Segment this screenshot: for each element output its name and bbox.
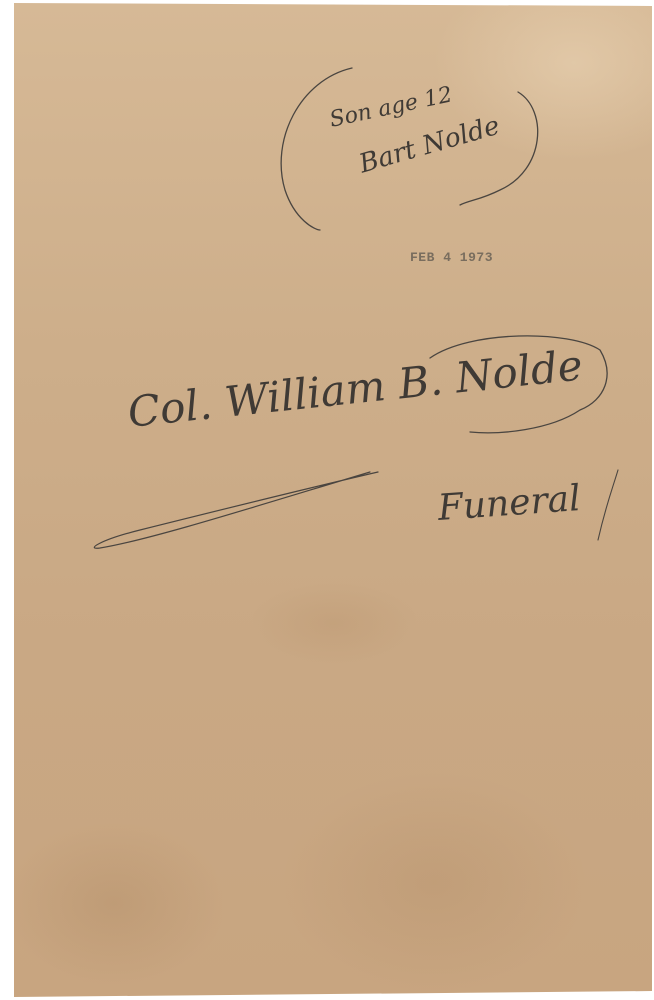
underline-swoosh xyxy=(94,472,378,548)
funeral-tail xyxy=(598,470,618,540)
date-stamp: FEB 4 1973 xyxy=(410,250,493,265)
circle-mark-top xyxy=(281,68,352,230)
